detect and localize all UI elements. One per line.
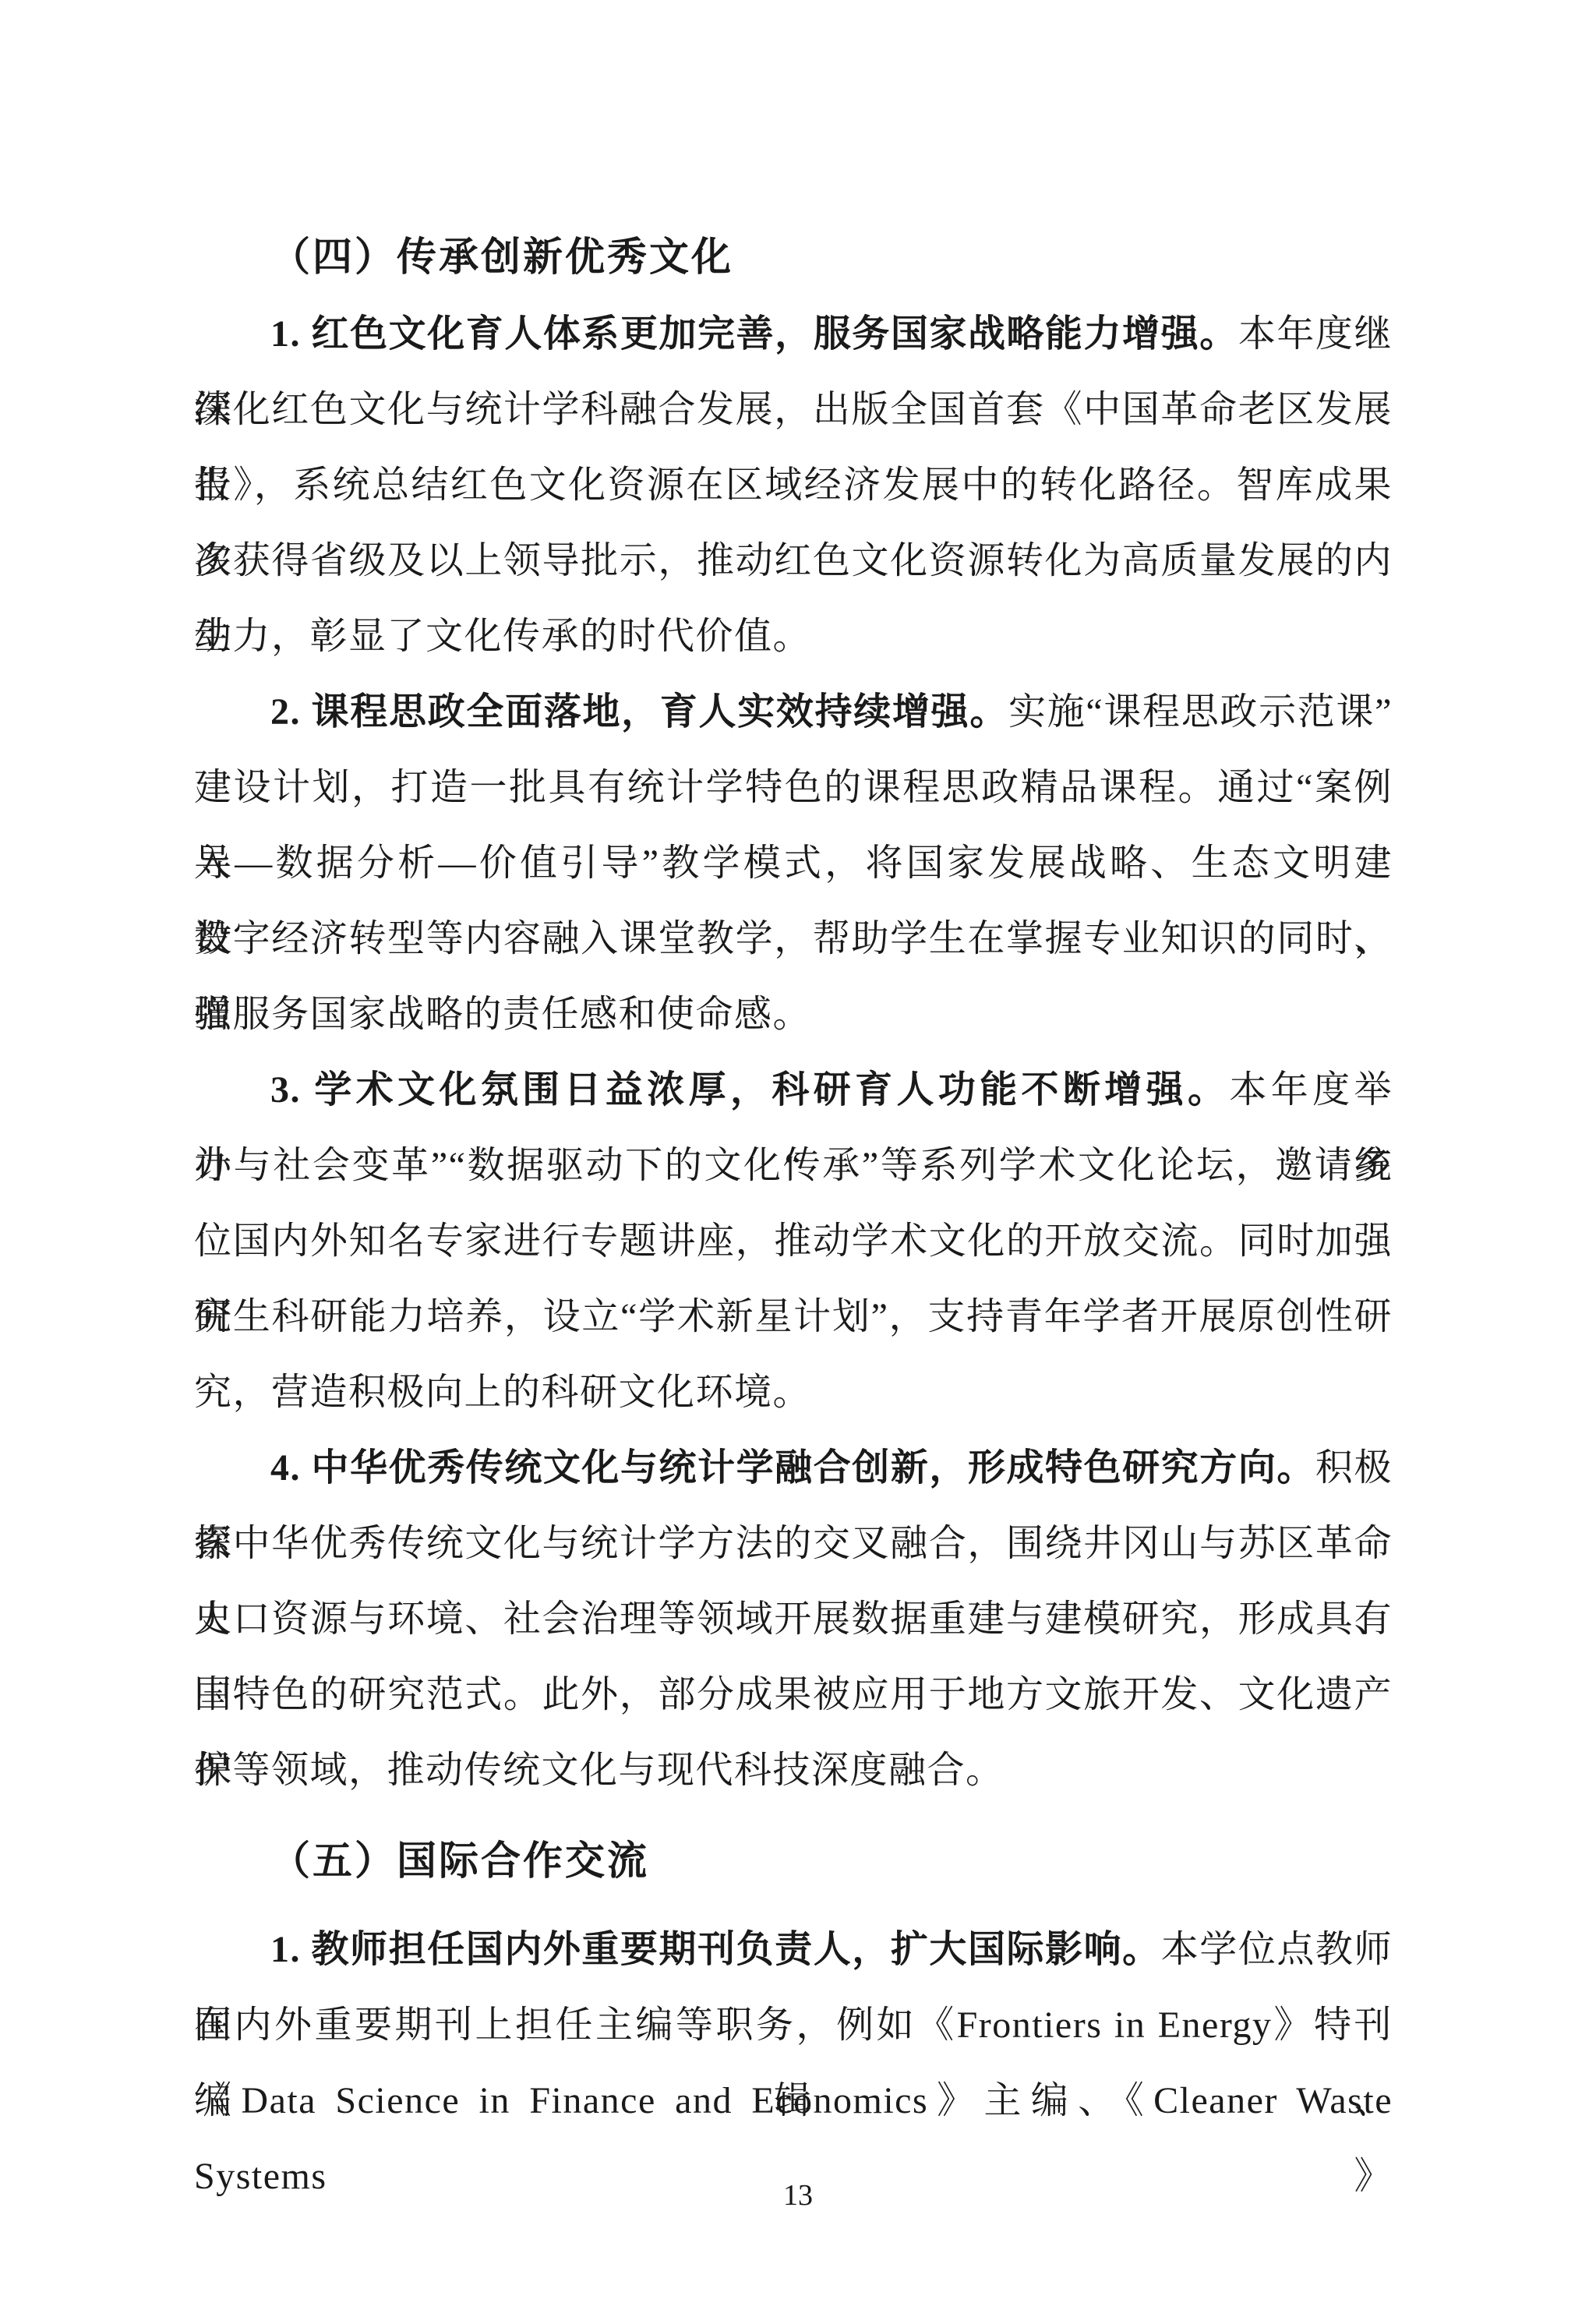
paragraph: 2. 课程思政全面落地，育人实效持续增强。实施“课程思政示范课”建设计划，打造一… <box>194 674 1393 1052</box>
text-line: 入—数据分析—价值引导”教学模式，将国家发展战略、生态文明建设、 <box>194 825 1393 901</box>
text-line: 1. 教师担任国内外重要期刊负责人，扩大国际影响。本学位点教师在 <box>194 1912 1393 1987</box>
text-line: 深化红色文化与统计学科融合发展，出版全国首套《中国革命老区发展报 <box>194 372 1393 447</box>
paragraph: 4. 中华优秀传统文化与统计学融合创新，形成特色研究方向。积极探索中华优秀传统文… <box>194 1430 1393 1808</box>
text-line: 1. 红色文化育人体系更加完善，服务国家战略能力增强。本年度继续 <box>194 296 1393 372</box>
text-line: 数字经济转型等内容融入课堂教学，帮助学生在掌握专业知识的同时，增 <box>194 901 1393 977</box>
text-line: 次获得省级及以上领导批示，推动红色文化资源转化为高质量发展的内生 <box>194 523 1393 599</box>
lead-bold-text: 4. 中华优秀传统文化与统计学融合创新，形成特色研究方向。 <box>270 1447 1315 1489</box>
text-line: 究生科研能力培养，设立“学术新星计划”，支持青年学者开展原创性研 <box>194 1279 1393 1354</box>
text-line: 索中华优秀传统文化与统计学方法的交叉融合，围绕井冈山与苏区革命史、 <box>194 1506 1393 1581</box>
text-line: 2. 课程思政全面落地，育人实效持续增强。实施“课程思政示范课” <box>194 674 1393 750</box>
text-line: 告》，系统总结红色文化资源在区域经济发展中的转化路径。智库成果多 <box>194 447 1393 523</box>
document-content: （四）传承创新优秀文化1. 红色文化育人体系更加完善，服务国家战略能力增强。本年… <box>194 221 1393 2139</box>
text-line: 《Data Science in Finance and Economics》主… <box>194 2063 1393 2139</box>
paragraph: 1. 红色文化育人体系更加完善，服务国家战略能力增强。本年度继续深化红色文化与统… <box>194 296 1393 674</box>
document-page: （四）传承创新优秀文化1. 红色文化育人体系更加完善，服务国家战略能力增强。本年… <box>0 0 1596 2324</box>
page-number: 13 <box>0 2177 1596 2214</box>
text-line: 国特色的研究范式。此外，部分成果被应用于地方文旅开发、文化遗产保 <box>194 1657 1393 1732</box>
text-line: 位国内外知名专家进行专题讲座，推动学术文化的开放交流。同时加强研 <box>194 1203 1393 1279</box>
body-text: 实施“课程思政示范课” <box>1008 691 1393 733</box>
body-text: 强服务国家战略的责任感和使命感。 <box>194 994 811 1035</box>
text-line: 建设计划，打造一批具有统计学特色的课程思政精品课程。通过“案例导 <box>194 750 1393 825</box>
text-line: 4. 中华优秀传统文化与统计学融合创新，形成特色研究方向。积极探 <box>194 1430 1393 1506</box>
section-heading: （四）传承创新优秀文化 <box>194 221 1393 296</box>
body-text: 动力，彰显了文化传承的时代价值。 <box>194 616 811 657</box>
body-text: 计与社会变革”“数据驱动下的文化传承”等系列学术文化论坛，邀请多 <box>194 1145 1393 1186</box>
text-line: 强服务国家战略的责任感和使命感。 <box>194 977 1393 1052</box>
body-text: 护等领域，推动传统文化与现代科技深度融合。 <box>194 1750 1005 1791</box>
text-line: 3. 学术文化氛围日益浓厚，科研育人功能不断增强。本年度举办“统 <box>194 1052 1393 1128</box>
body-text: 究生科研能力培养，设立“学术新星计划”，支持青年学者开展原创性研 <box>194 1296 1393 1337</box>
lead-bold-text: 2. 课程思政全面落地，育人实效持续增强。 <box>270 691 1008 733</box>
lead-bold-text: 1. 红色文化育人体系更加完善，服务国家战略能力增强。 <box>270 313 1238 355</box>
text-line: 人口资源与环境、社会治理等领域开展数据重建与建模研究，形成具有中 <box>194 1581 1393 1657</box>
paragraph: 1. 教师担任国内外重要期刊负责人，扩大国际影响。本学位点教师在国内外重要期刊上… <box>194 1912 1393 2139</box>
body-text: 究，营造积极向上的科研文化环境。 <box>194 1372 811 1413</box>
lead-bold-text: 3. 学术文化氛围日益浓厚，科研育人功能不断增强。 <box>270 1069 1229 1111</box>
text-line: 究，营造积极向上的科研文化环境。 <box>194 1354 1393 1430</box>
lead-bold-text: 1. 教师担任国内外重要期刊负责人，扩大国际影响。 <box>270 1929 1161 1970</box>
text-line: 护等领域，推动传统文化与现代科技深度融合。 <box>194 1732 1393 1808</box>
text-line: 计与社会变革”“数据驱动下的文化传承”等系列学术文化论坛，邀请多 <box>194 1128 1393 1203</box>
paragraph: 3. 学术文化氛围日益浓厚，科研育人功能不断增强。本年度举办“统计与社会变革”“… <box>194 1052 1393 1430</box>
text-line: 动力，彰显了文化传承的时代价值。 <box>194 599 1393 674</box>
text-line: 国内外重要期刊上担任主编等职务，例如《Frontiers in Energy》特… <box>194 1987 1393 2063</box>
section-heading: （五）国际合作交流 <box>194 1824 1393 1900</box>
